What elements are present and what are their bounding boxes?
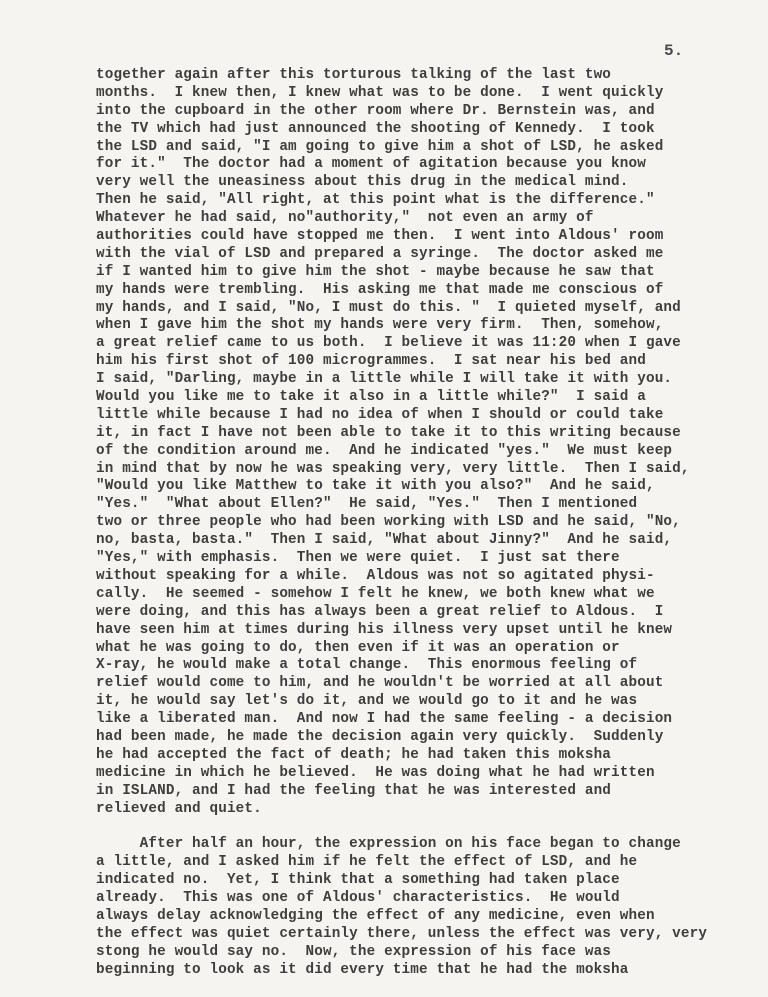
text-line: my hands, and I said, "No, I must do thi… xyxy=(96,300,707,318)
text-line: X-ray, he would make a total change. Thi… xyxy=(96,657,707,675)
text-line: a great relief came to us both. I believ… xyxy=(96,335,707,353)
page-number: 5. xyxy=(664,42,683,60)
text-line: very well the uneasiness about this drug… xyxy=(96,174,707,192)
text-line: it, he would say let's do it, and we wou… xyxy=(96,693,707,711)
text-line: "Yes," with emphasis. Then we were quiet… xyxy=(96,550,707,568)
text-line: my hands were trembling. His asking me t… xyxy=(96,282,707,300)
text-line: have seen him at times during his illnes… xyxy=(96,622,707,640)
text-line: authorities could have stopped me then. … xyxy=(96,228,707,246)
text-line: indicated no. Yet, I think that a someth… xyxy=(96,872,707,890)
text-line: a little, and I asked him if he felt the… xyxy=(96,854,707,872)
text-line: Then he said, "All right, at this point … xyxy=(96,192,707,210)
text-line: beginning to look as it did every time t… xyxy=(96,962,707,980)
text-line: months. I knew then, I knew what was to … xyxy=(96,85,707,103)
text-line: without speaking for a while. Aldous was… xyxy=(96,568,707,586)
text-line: I said, "Darling, maybe in a little whil… xyxy=(96,371,707,389)
paragraph: After half an hour, the expression on hi… xyxy=(96,836,707,979)
text-line: when I gave him the shot my hands were v… xyxy=(96,317,707,335)
text-line: of the condition around me. And he indic… xyxy=(96,443,707,461)
text-line: what he was going to do, then even if it… xyxy=(96,640,707,658)
text-line: if I wanted him to give him the shot - m… xyxy=(96,264,707,282)
document-body: together again after this torturous talk… xyxy=(96,67,707,979)
text-line: like a liberated man. And now I had the … xyxy=(96,711,707,729)
text-line: together again after this torturous talk… xyxy=(96,67,707,85)
text-line: the TV which had just announced the shoo… xyxy=(96,121,707,139)
text-line: no, basta, basta." Then I said, "What ab… xyxy=(96,532,707,550)
text-line: always delay acknowledging the effect of… xyxy=(96,908,707,926)
text-line: with the vial of LSD and prepared a syri… xyxy=(96,246,707,264)
text-line: After half an hour, the expression on hi… xyxy=(96,836,707,854)
text-line: he had accepted the fact of death; he ha… xyxy=(96,747,707,765)
text-line: had been made, he made the decision agai… xyxy=(96,729,707,747)
text-line: relieved and quiet. xyxy=(96,801,707,819)
text-line: already. This was one of Aldous' charact… xyxy=(96,890,707,908)
text-line: for it." The doctor had a moment of agit… xyxy=(96,156,707,174)
text-line: two or three people who had been working… xyxy=(96,514,707,532)
typewritten-page: 5. together again after this torturous t… xyxy=(0,0,768,997)
text-line: into the cupboard in the other room wher… xyxy=(96,103,707,121)
paragraph: together again after this torturous talk… xyxy=(96,67,707,818)
text-line: stong he would say no. Now, the expressi… xyxy=(96,944,707,962)
text-line: cally. He seemed - somehow I felt he kne… xyxy=(96,586,707,604)
text-line: the LSD and said, "I am going to give hi… xyxy=(96,139,707,157)
text-line: were doing, and this has always been a g… xyxy=(96,604,707,622)
text-line: it, in fact I have not been able to take… xyxy=(96,425,707,443)
text-line: little while because I had no idea of wh… xyxy=(96,407,707,425)
text-line: Whatever he had said, no"authority," not… xyxy=(96,210,707,228)
paragraph-gap xyxy=(96,818,707,836)
text-line: medicine in which he believed. He was do… xyxy=(96,765,707,783)
text-line: him his first shot of 100 microgrammes. … xyxy=(96,353,707,371)
text-line: the effect was quiet certainly there, un… xyxy=(96,926,707,944)
text-line: Would you like me to take it also in a l… xyxy=(96,389,707,407)
text-line: in ISLAND, and I had the feeling that he… xyxy=(96,783,707,801)
text-line: "Yes." "What about Ellen?" He said, "Yes… xyxy=(96,496,707,514)
text-line: relief would come to him, and he wouldn'… xyxy=(96,675,707,693)
text-line: in mind that by now he was speaking very… xyxy=(96,461,707,479)
text-line: "Would you like Matthew to take it with … xyxy=(96,478,707,496)
